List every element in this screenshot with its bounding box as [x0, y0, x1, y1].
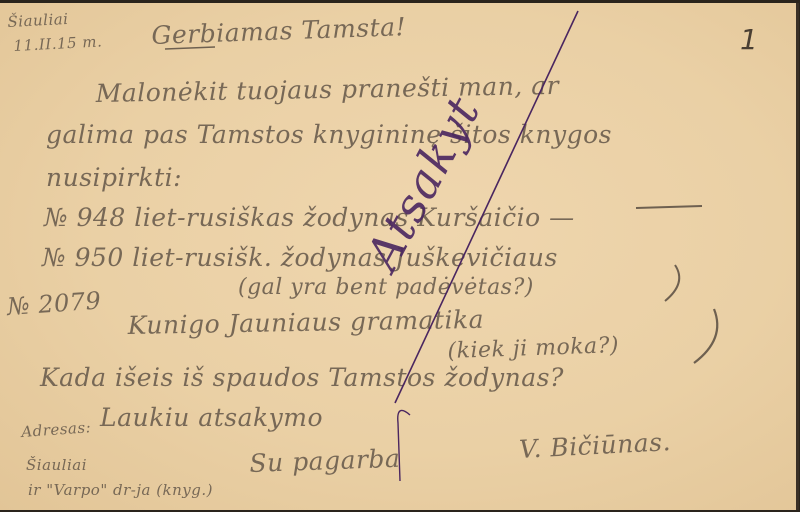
address-line-1: Šiauliai — [26, 456, 87, 474]
place-text: Šiauliai — [7, 10, 69, 31]
closing: Su pagarba — [249, 444, 401, 478]
body-line-4: № 948 liet-rusiškas žodynas Kuršaičio — — [44, 203, 575, 232]
body-line-10: Laukiu atsakymo — [100, 403, 323, 432]
address-label: Adresas: — [21, 418, 92, 441]
catalog-number-left: № 2079 — [6, 286, 102, 321]
body-line-7: Kunigo Jauniaus gramatika — [127, 305, 484, 340]
body-line-8: (kiek ji moka?) — [447, 333, 619, 364]
page-number: 1 — [740, 23, 758, 56]
postcard: 1 Šiauliai 11.II.15 m. Gerbiamas Tamsta!… — [0, 3, 799, 510]
signature: V. Bičiūnas. — [518, 427, 671, 464]
body-line-5: № 950 liet-rusišk. žodynas Juškevičiaus — [42, 243, 558, 272]
date-text: 11.II.15 m. — [13, 32, 103, 55]
body-line-3: nusipirkti: — [46, 163, 182, 192]
address-line-2: ir "Varpo" dr-ja (knyg.) — [28, 481, 213, 499]
body-line-1: Malonėkit tuojaus pranešti man, ar — [95, 71, 559, 108]
greeting: Gerbiamas Tamsta! — [151, 12, 407, 50]
body-line-9: Kada išeis iš spaudos Tamstos žodynas? — [40, 363, 564, 392]
body-line-2: galima pas Tamstos knygininę šitos knygo… — [46, 120, 612, 149]
body-line-6: (gal yra bent padėvėtas?) — [238, 275, 534, 300]
